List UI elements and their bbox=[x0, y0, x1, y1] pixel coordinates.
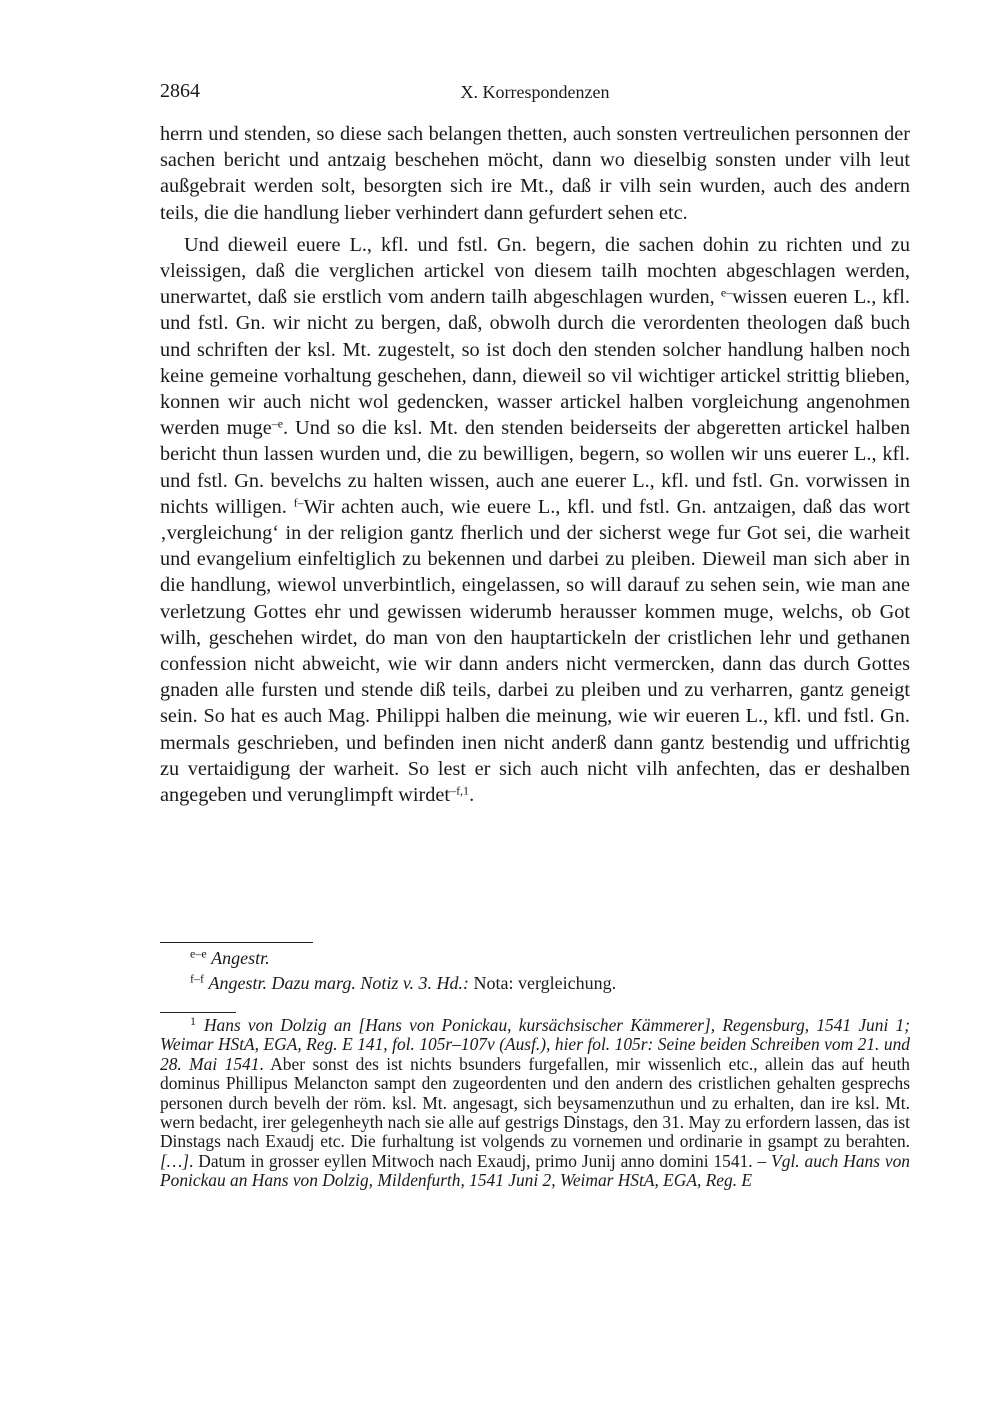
footnote-italic: […] bbox=[160, 1151, 189, 1171]
note-italic: Angestr. Dazu marg. Notiz v. 3. Hd.: bbox=[209, 973, 470, 993]
paragraph: herrn und stenden, so diese sach belange… bbox=[160, 121, 910, 226]
paragraph: Und dieweil euere L., kfl. und fstl. Gn.… bbox=[160, 232, 910, 808]
footnote-divider bbox=[160, 1012, 236, 1013]
note-italic: Angestr. bbox=[211, 948, 270, 968]
textual-apparatus: e–e Angestr. f–f Angestr. Dazu marg. Not… bbox=[190, 946, 910, 996]
note-mark: f–f bbox=[190, 971, 204, 985]
note-text: Nota: vergleichung. bbox=[469, 973, 616, 993]
main-text: herrn und stenden, so diese sach belange… bbox=[160, 121, 910, 808]
footnote-text: . Aber sonst des ist nichts bsunders fur… bbox=[160, 1054, 910, 1152]
footnote-number: 1 bbox=[190, 1014, 196, 1028]
apparatus-note-f: f–f Angestr. Dazu marg. Notiz v. 3. Hd.:… bbox=[190, 971, 910, 996]
footnote-divider bbox=[160, 942, 313, 943]
note-mark: e–e bbox=[190, 946, 207, 960]
apparatus-note-e: e–e Angestr. bbox=[190, 946, 910, 971]
variant-mark-e-open: e– bbox=[721, 286, 732, 300]
running-head: 2864 X. Korrespondenzen bbox=[160, 80, 910, 106]
text-run: Wir achten auch, wie euere L., kfl. und … bbox=[160, 496, 910, 806]
text-run: . bbox=[469, 784, 474, 806]
variant-mark-f-open: f– bbox=[294, 495, 304, 509]
footnote-text: . Datum in grosser eyllen Mitwoch nach E… bbox=[189, 1151, 771, 1171]
running-title: X. Korrespondenzen bbox=[160, 82, 910, 103]
commentary-footnote-1: 1Hans von Dolzig an [Hans von Ponickau, … bbox=[160, 1016, 910, 1191]
variant-mark-e-close: –e bbox=[272, 417, 283, 431]
footnote-mark-f-1: –f,1 bbox=[450, 783, 469, 797]
